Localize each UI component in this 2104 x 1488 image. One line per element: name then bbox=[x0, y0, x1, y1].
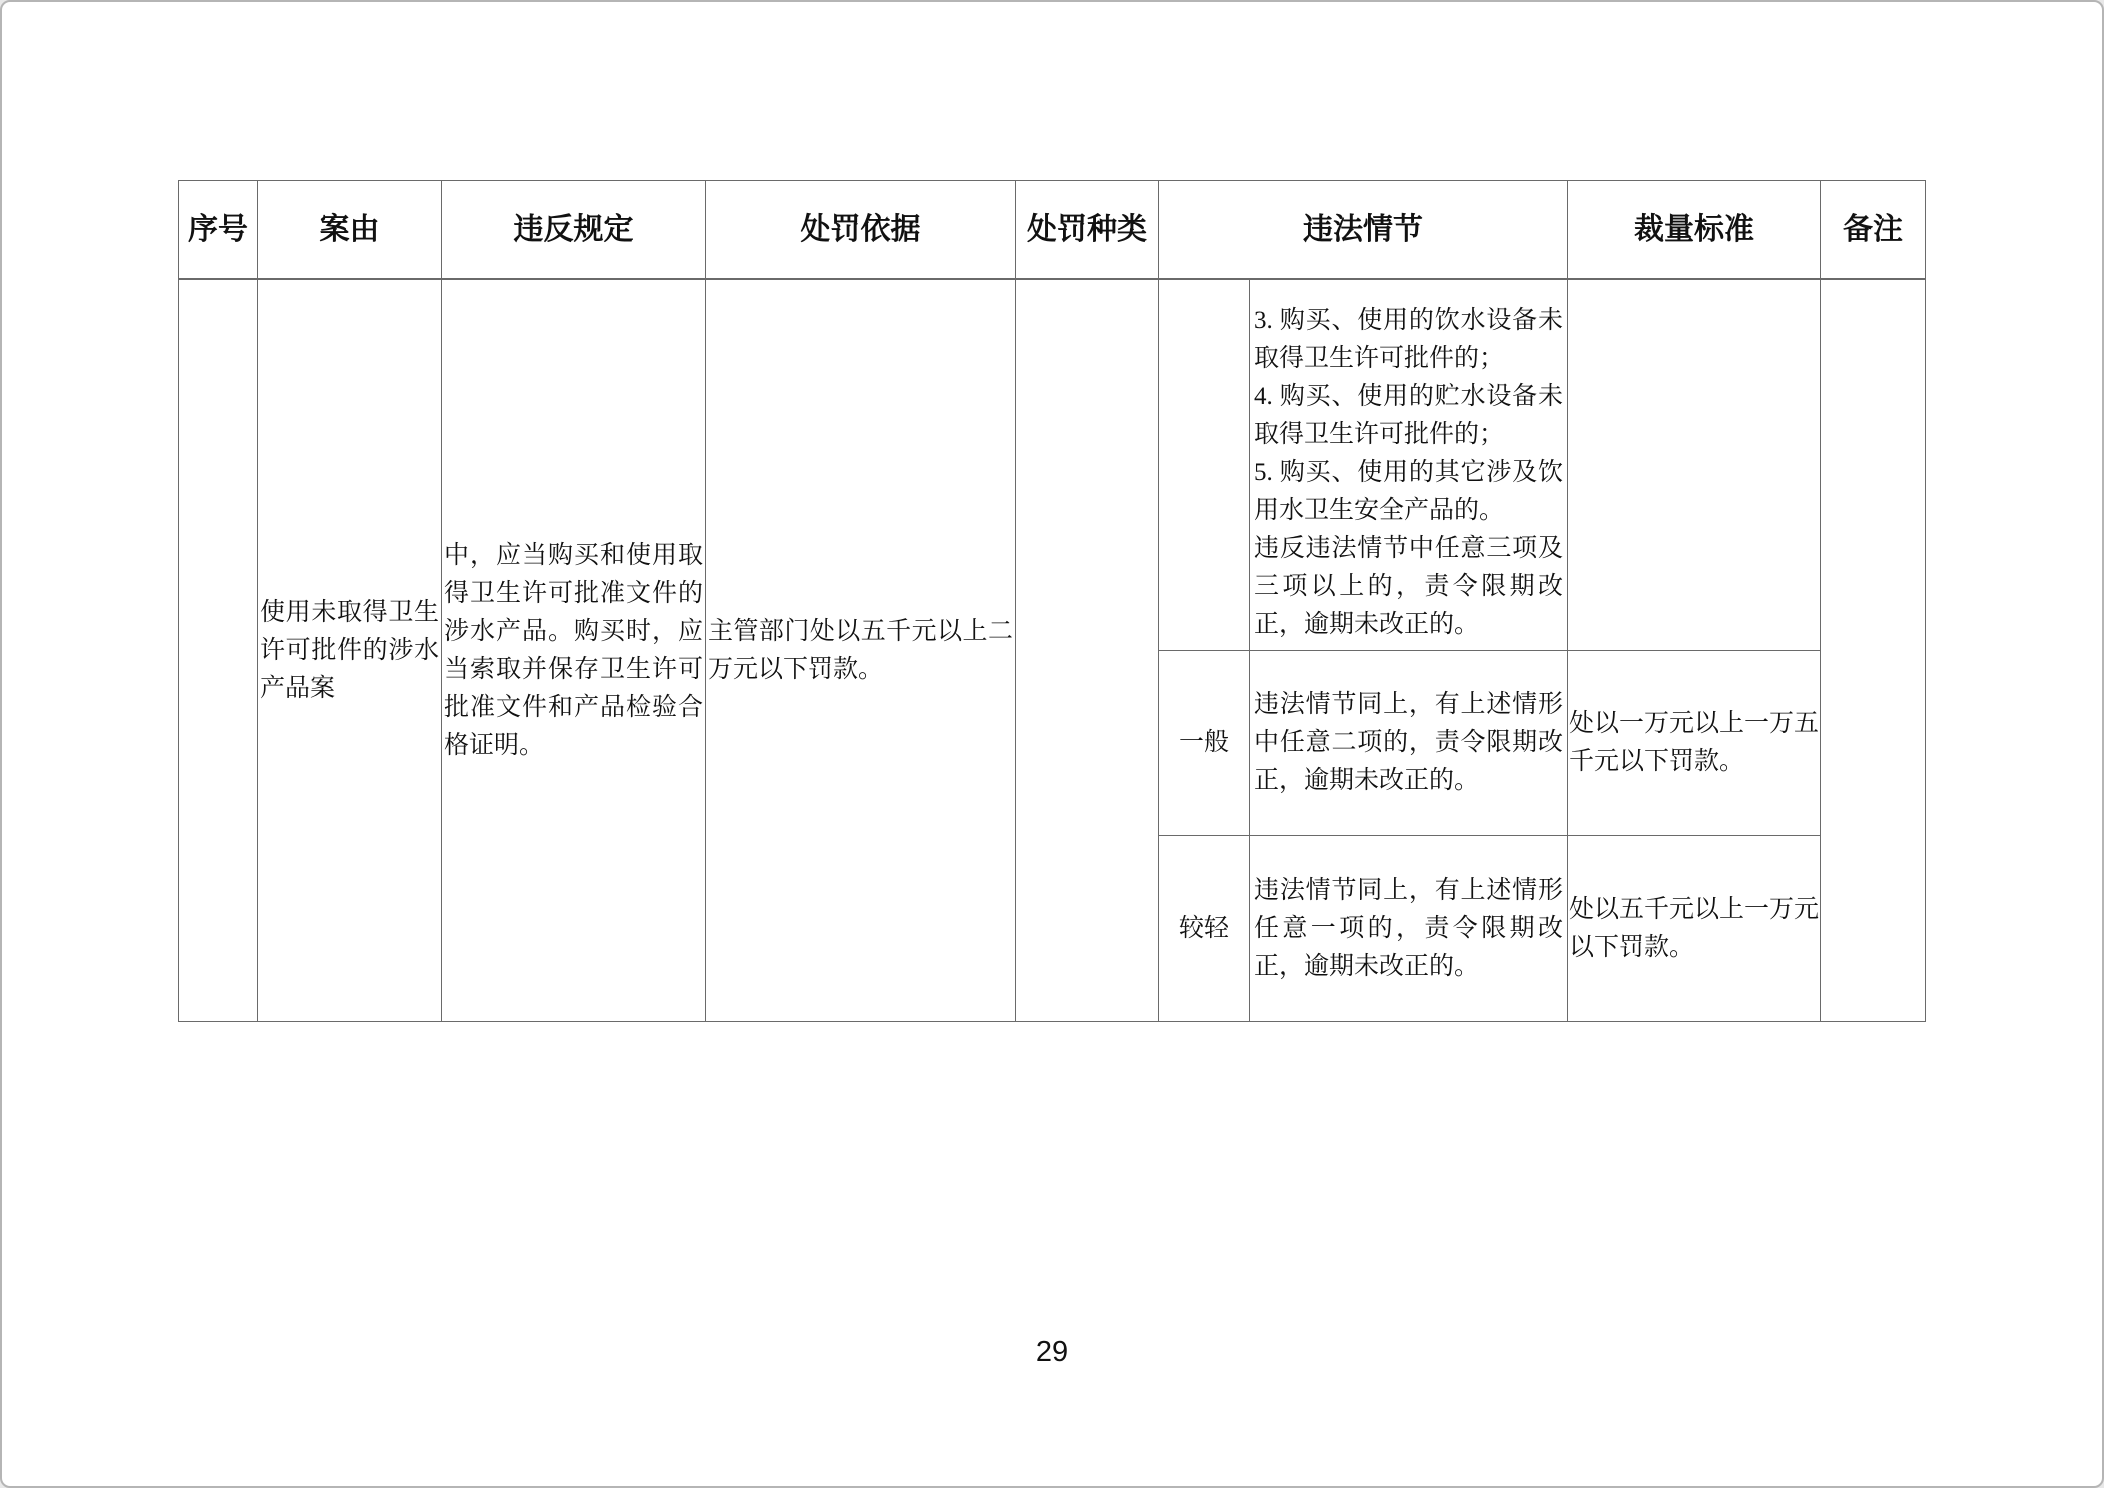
cell-penalty-type bbox=[1016, 280, 1159, 1021]
header-penalty-basis-label: 处罚依据 bbox=[801, 211, 921, 249]
header-penalty-type: 处罚种类 bbox=[1016, 181, 1159, 280]
cell-circumstance-row2: 违法情节同上，有上述情形中任意二项的，责令限期改正，逾期未改正的。 bbox=[1250, 651, 1568, 836]
circumstance-row1-text: 3. 购买、使用的饮水设备未取得卫生许可批件的； 4. 购买、使用的贮水设备未取… bbox=[1254, 302, 1563, 644]
circumstance-row3-text: 违法情节同上，有上述情形任意一项的，责令限期改正，逾期未改正的。 bbox=[1254, 872, 1563, 986]
header-cause: 案由 bbox=[258, 181, 442, 280]
cell-violated-rule: 中，应当购买和使用取得卫生许可批准文件的涉水产品。购买时，应当索取并保存卫生许可… bbox=[442, 280, 706, 1021]
header-remark-label: 备注 bbox=[1843, 211, 1903, 249]
header-serial-number: 序号 bbox=[179, 181, 258, 280]
violated-rule-text: 中，应当购买和使用取得卫生许可批准文件的涉水产品。购买时，应当索取并保存卫生许可… bbox=[444, 537, 703, 765]
severity-row3-value: 较轻 bbox=[1159, 910, 1249, 948]
cell-remark bbox=[1821, 280, 1925, 1021]
header-violated-rule-label: 违反规定 bbox=[514, 211, 634, 249]
header-standard: 裁量标准 bbox=[1568, 181, 1821, 280]
header-cause-label: 案由 bbox=[320, 211, 380, 249]
header-standard-label: 裁量标准 bbox=[1634, 211, 1754, 249]
header-circumstance: 违法情节 bbox=[1159, 181, 1568, 280]
circumstance-row2-text: 违法情节同上，有上述情形中任意二项的，责令限期改正，逾期未改正的。 bbox=[1254, 686, 1563, 800]
header-violated-rule: 违反规定 bbox=[442, 181, 706, 280]
cell-serial-number bbox=[179, 280, 258, 1021]
standard-row2-text: 处以一万元以上一万五千元以下罚款。 bbox=[1569, 705, 1819, 781]
cell-standard-row3: 处以五千元以上一万元以下罚款。 bbox=[1568, 836, 1821, 1021]
penalty-basis-text: 主管部门处以五千元以上二万元以下罚款。 bbox=[708, 613, 1013, 689]
standard-row3-text: 处以五千元以上一万元以下罚款。 bbox=[1569, 891, 1819, 967]
page-number: 29 bbox=[2, 1336, 2102, 1369]
header-penalty-type-label: 处罚种类 bbox=[1027, 211, 1147, 249]
cell-standard-row1 bbox=[1568, 280, 1821, 651]
cell-penalty-basis: 主管部门处以五千元以上二万元以下罚款。 bbox=[706, 280, 1016, 1021]
header-serial-number-label: 序号 bbox=[188, 211, 248, 249]
penalty-discretion-table: 序号 案由 违反规定 处罚依据 处罚种类 违法情节 裁量标准 备注 使用未取得卫… bbox=[178, 180, 1926, 1022]
cell-severity-row1 bbox=[1159, 280, 1250, 651]
cell-severity-row3: 较轻 bbox=[1159, 836, 1250, 1021]
severity-row2-value: 一般 bbox=[1159, 724, 1249, 762]
cause-text: 使用未取得卫生许可批件的涉水产品案 bbox=[260, 594, 439, 708]
header-circumstance-label: 违法情节 bbox=[1303, 211, 1423, 249]
cell-circumstance-row3: 违法情节同上，有上述情形任意一项的，责令限期改正，逾期未改正的。 bbox=[1250, 836, 1568, 1021]
cell-severity-row2: 一般 bbox=[1159, 651, 1250, 836]
cell-standard-row2: 处以一万元以上一万五千元以下罚款。 bbox=[1568, 651, 1821, 836]
header-penalty-basis: 处罚依据 bbox=[706, 181, 1016, 280]
cell-cause: 使用未取得卫生许可批件的涉水产品案 bbox=[258, 280, 442, 1021]
cell-circumstance-row1: 3. 购买、使用的饮水设备未取得卫生许可批件的； 4. 购买、使用的贮水设备未取… bbox=[1250, 280, 1568, 651]
header-remark: 备注 bbox=[1821, 181, 1925, 280]
document-page: 序号 案由 违反规定 处罚依据 处罚种类 违法情节 裁量标准 备注 使用未取得卫… bbox=[0, 0, 2104, 1488]
